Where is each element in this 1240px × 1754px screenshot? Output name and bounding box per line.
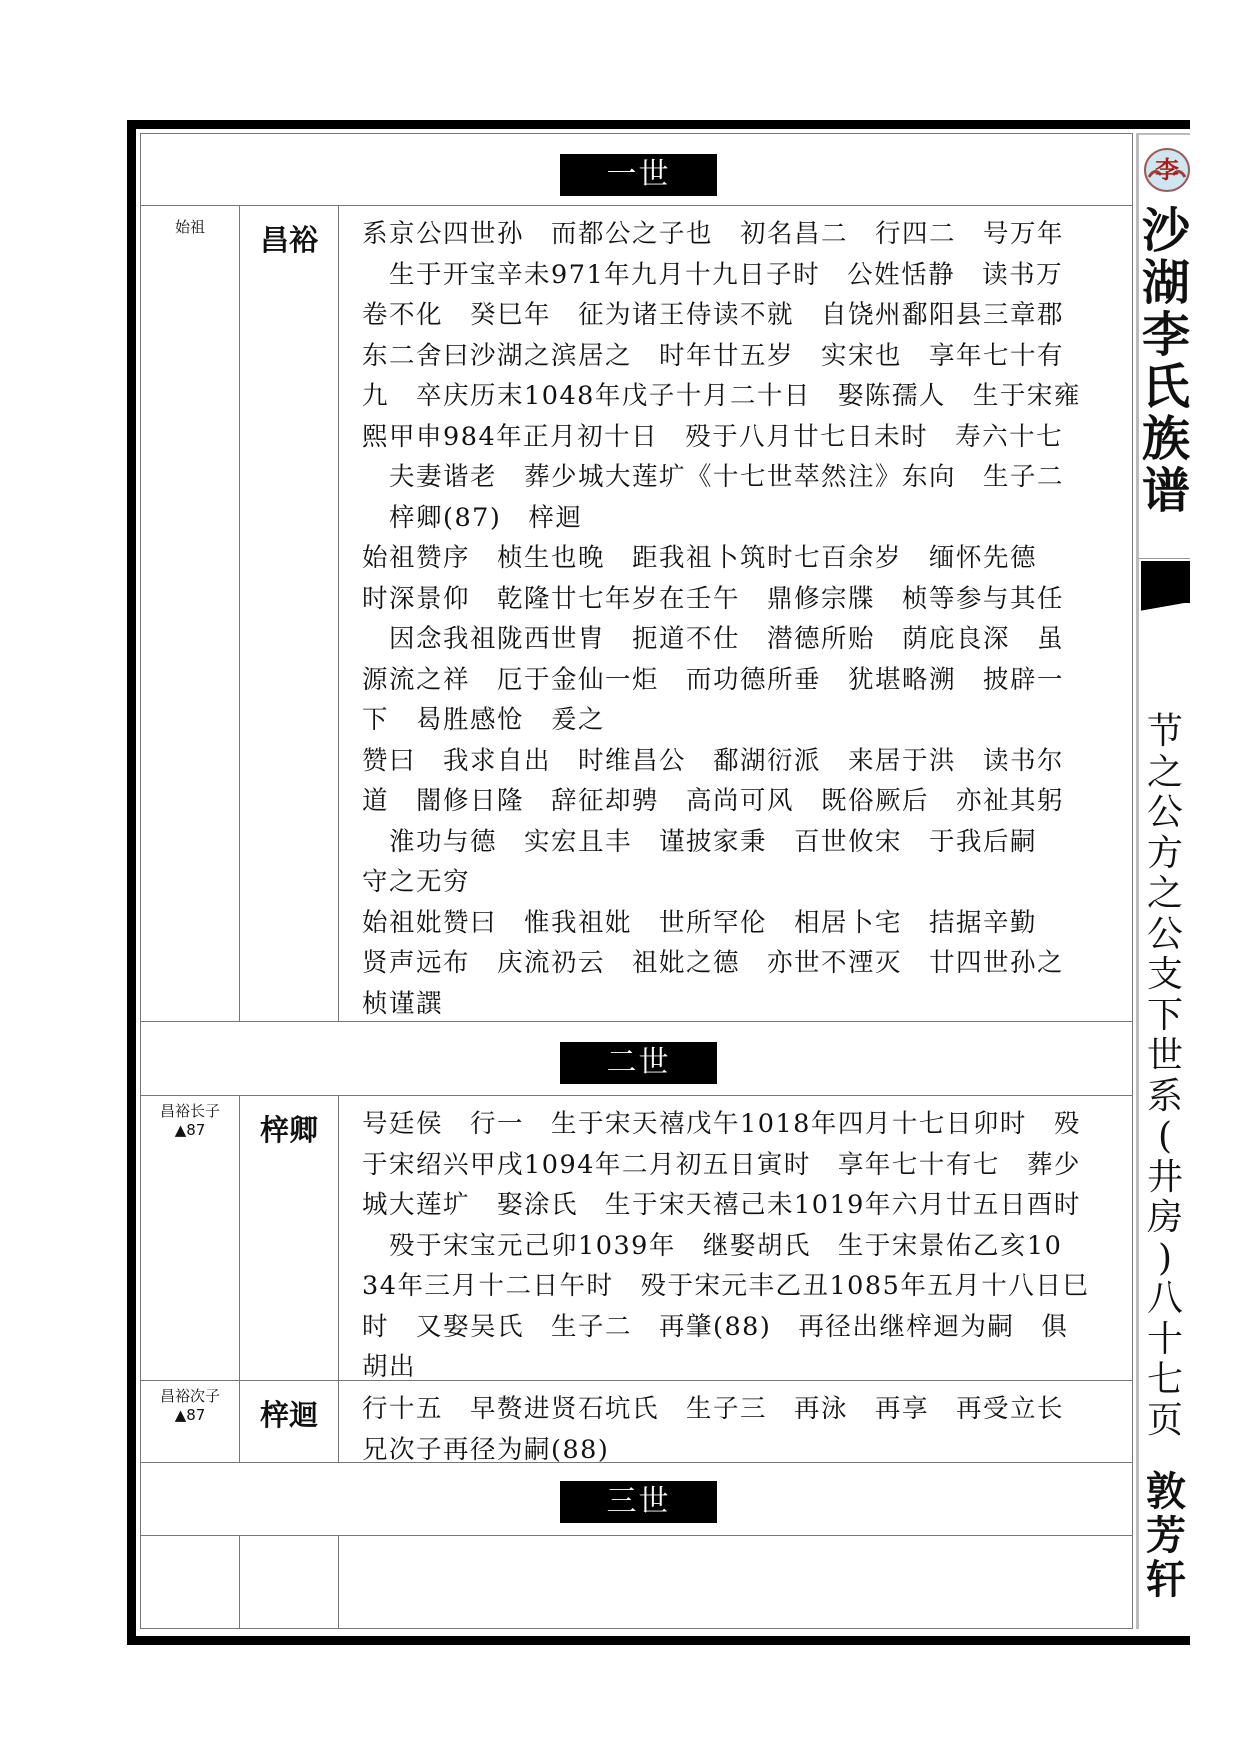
- bio-line: 卷不化 癸巳年 征为诸王侍读不就 自饶州鄱阳县三章郡: [362, 295, 1128, 336]
- spine-section-page: 节 之 公 方 之 公 支 下 世 系 ( 井 房 ) 八 十 七 页: [1140, 712, 1190, 1441]
- biography-text: 号廷侯 行一 生于宋天禧戊午1018年四月十七日卯时 殁 于宋绍兴甲戌1094年…: [340, 1096, 1132, 1380]
- relation-cell: 昌裕长子 ▲87: [141, 1096, 240, 1380]
- frame-top-border: [127, 120, 1190, 129]
- bio-line: 城大莲圹 娶涂氏 生于宋天禧己未1019年六月廿五日酉时: [362, 1185, 1128, 1226]
- relation-cell: [141, 1536, 240, 1628]
- bio-line: 始祖妣赞曰 惟我祖妣 世所罕伦 相居卜宅 拮据辛勤: [362, 903, 1128, 944]
- bio-line: 因念我祖陇西世胄 扼道不仕 潜德所贻 荫庇良深 虽: [362, 619, 1128, 660]
- bio-line: 道 闇修日隆 辞征却骋 高尚可风 既俗厥后 亦祉其躬: [362, 781, 1128, 822]
- relation-ref: ▲87: [141, 1121, 239, 1140]
- bio-line: 淮功与德 实宏且丰 谨披家秉 百世攸宋 于我后嗣: [362, 822, 1128, 863]
- person-entry-empty: [141, 1536, 1132, 1628]
- clan-emblem-icon: 李: [1141, 145, 1197, 197]
- bio-line: 34年三月十二日午时 殁于宋元丰乙丑1085年五月十八日巳: [362, 1266, 1128, 1307]
- bio-line: 梓卿(87) 梓迴: [362, 498, 1128, 539]
- generation-header-3: 三世: [141, 1463, 1132, 1536]
- bio-line: 熙甲申984年正月初十日 殁于八月廿七日未时 寿六十七: [362, 417, 1128, 458]
- relation-text: 昌裕次子: [141, 1387, 239, 1406]
- spine-house-name: 敦 芳 轩: [1138, 1470, 1194, 1602]
- generation-header-1: 一世: [141, 134, 1132, 206]
- generation-label: 二世: [560, 1042, 717, 1084]
- person-name: 昌裕: [240, 206, 339, 1021]
- spine-top-rule: [1136, 133, 1190, 135]
- genealogy-page: 一世 始祖 昌裕 系京公四世孙 而都公之子也 初名昌二 行四二 号万年 生于开宝…: [140, 133, 1133, 1629]
- frame-bottom-border: [127, 1636, 1190, 1645]
- person-name: [240, 1536, 339, 1628]
- biography-text: 系京公四世孙 而都公之子也 初名昌二 行四二 号万年 生于开宝辛未971年九月十…: [340, 206, 1132, 1021]
- svg-text:李: 李: [1155, 155, 1179, 184]
- biography-text: 行十五 早赘进贤石坑氏 生子三 再泳 再享 再受立长 兄次子再径为嗣(88): [340, 1381, 1132, 1462]
- person-entry: 昌裕长子 ▲87 梓卿 号廷侯 行一 生于宋天禧戊午1018年四月十七日卯时 殁…: [141, 1096, 1132, 1381]
- bio-line: 生于开宝辛未971年九月十九日子时 公姓恬静 读书万: [362, 255, 1128, 296]
- bio-line: 行十五 早赘进贤石坑氏 生子三 再泳 再享 再受立长: [362, 1389, 1128, 1430]
- person-name: 梓迴: [240, 1381, 339, 1462]
- bio-line: 下 曷胜感怆 爰之: [362, 700, 1128, 741]
- relation-ref: ▲87: [141, 1406, 239, 1425]
- biography-text: [340, 1536, 1132, 1628]
- person-entry: 始祖 昌裕 系京公四世孙 而都公之子也 初名昌二 行四二 号万年 生于开宝辛未9…: [141, 206, 1132, 1022]
- spine-black-tab: [1141, 561, 1190, 603]
- bio-line: 贤声远布 庆流礽云 祖妣之德 亦世不湮灭 廿四世孙之: [362, 943, 1128, 984]
- bio-line: 源流之祥 厄于金仙一炬 而功德所垂 犹堪略溯 披辟一: [362, 660, 1128, 701]
- person-name: 梓卿: [240, 1096, 339, 1380]
- bio-line: 殁于宋宝元己卯1039年 继娶胡氏 生于宋景佑乙亥10: [362, 1226, 1128, 1267]
- bio-line: 号廷侯 行一 生于宋天禧戊午1018年四月十七日卯时 殁: [362, 1104, 1128, 1145]
- bio-line: 守之无穷: [362, 862, 1128, 903]
- bio-line: 系京公四世孙 而都公之子也 初名昌二 行四二 号万年: [362, 214, 1128, 255]
- bio-line: 东二舍曰沙湖之滨居之 时年廿五岁 实宋也 享年七十有: [362, 336, 1128, 377]
- generation-label: 三世: [560, 1481, 717, 1523]
- generation-label: 一世: [560, 154, 717, 196]
- bio-line: 始祖赞序 桢生也晚 距我祖卜筑时七百余岁 缅怀先德: [362, 538, 1128, 579]
- bio-line: 桢谨譔: [362, 984, 1128, 1025]
- person-entry: 昌裕次子 ▲87 梓迴 行十五 早赘进贤石坑氏 生子三 再泳 再享 再受立长 兄…: [141, 1381, 1132, 1463]
- bio-line: 夫妻谐老 葬少城大莲圹《十七世萃然注》东向 生子二: [362, 457, 1128, 498]
- relation-text: 始祖: [141, 218, 239, 237]
- bio-line: 于宋绍兴甲戌1094年二月初五日寅时 享年七十有七 葬少: [362, 1145, 1128, 1186]
- bio-line: 时 又娶吴氏 生子二 再肇(88) 再径出继梓迴为嗣 俱: [362, 1307, 1128, 1348]
- frame-left-border: [127, 120, 136, 1645]
- relation-cell: 昌裕次子 ▲87: [141, 1381, 240, 1462]
- generation-header-2: 二世: [141, 1022, 1132, 1096]
- bio-line: 赞曰 我求自出 时维昌公 鄱湖衍派 来居于洪 读书尔: [362, 741, 1128, 782]
- bio-line: 九 卒庆历末1048年戊子十月二十日 娶陈孺人 生于宋雍: [362, 376, 1128, 417]
- bio-line: 时深景仰 乾隆廿七年岁在壬午 鼎修宗牒 桢等参与其任: [362, 579, 1128, 620]
- relation-text: 昌裕长子: [141, 1102, 239, 1121]
- relation-cell: 始祖: [141, 206, 240, 1021]
- spine-divider: [1139, 558, 1190, 559]
- spine-title: 沙 湖 李 氏 族 谱: [1138, 205, 1194, 517]
